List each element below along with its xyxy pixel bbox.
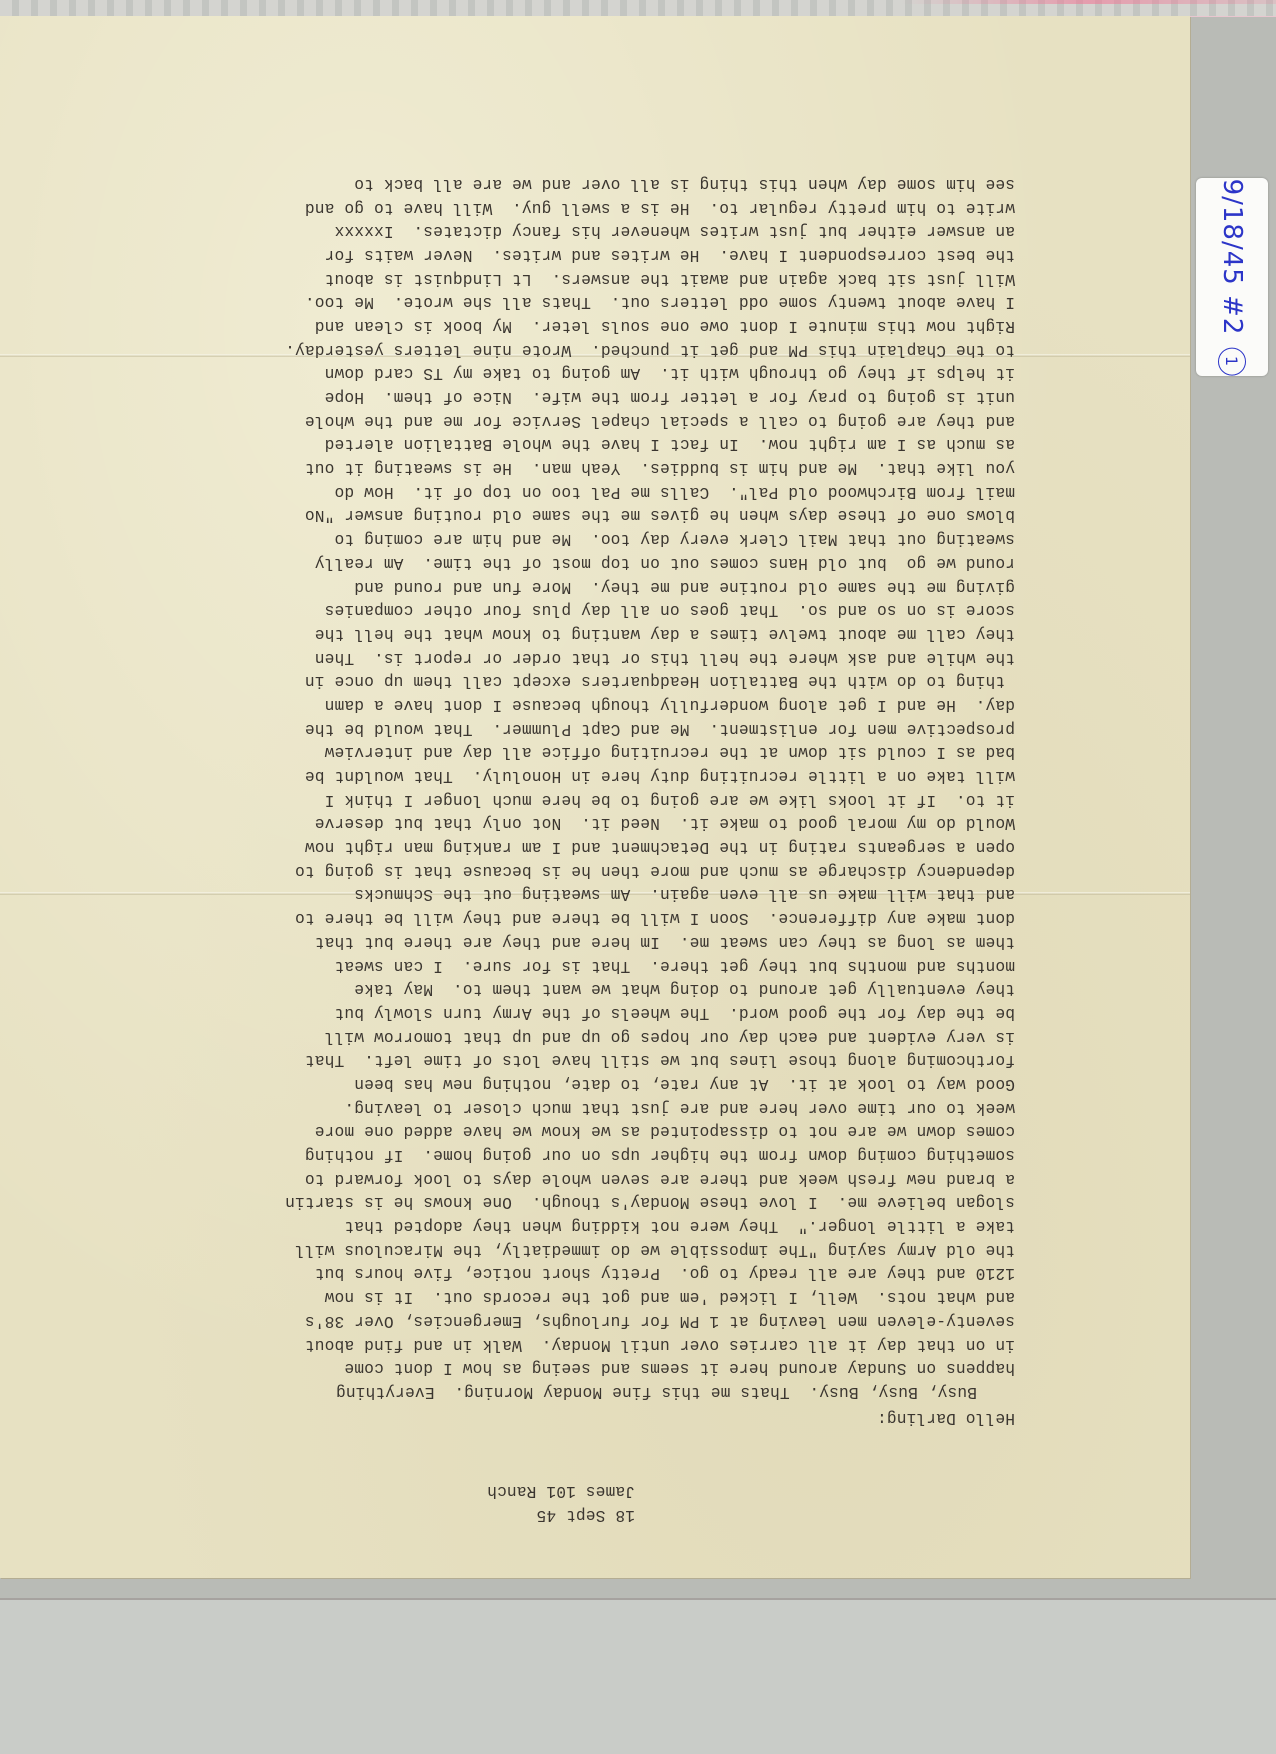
letter-line: 1210 and they are all ready to go. Prett… — [100, 1261, 1015, 1285]
letter-line: blows one of these days when he gives me… — [100, 503, 1015, 527]
letter-line: slogan believe me. I love these Monday's… — [100, 1190, 1015, 1214]
letter-line: giving me the same old routine and me th… — [100, 574, 1015, 598]
letter-line: the best correspondent I have. He writes… — [100, 242, 1015, 266]
letter-line: mail from Birchwood old Pal". Calls me P… — [100, 479, 1015, 503]
page-number-circle: 1 — [1218, 347, 1246, 375]
scanner-backing — [0, 1598, 1276, 1754]
letter-line: Right now this minute I dont owe one sou… — [100, 313, 1015, 337]
letter-line: the old Army saying "The impossible we d… — [100, 1237, 1015, 1261]
letter-line: prospective men for enlistment. Me and C… — [100, 716, 1015, 740]
letter-line: comes down we are not to dissapointed as… — [100, 1119, 1015, 1143]
letter-line: an answer either but just writes wheneve… — [100, 219, 1015, 243]
letter-line: see him some day when this thing is all … — [100, 171, 1015, 195]
letter-line: be the day for the good word. The wheels… — [100, 1000, 1015, 1024]
letter-line: it to. If it looks like we are going to … — [100, 787, 1015, 811]
letter-line: Good way to look at it. At any rate, to … — [100, 1071, 1015, 1095]
letter-line: day. He and I get along wonderfully thou… — [100, 692, 1015, 716]
letter-line: write to him pretty regular to. He is a … — [100, 195, 1015, 219]
archive-date-ref: 9/18/45 #2 — [1217, 179, 1247, 336]
letter-header: 18 Sept 45 James 101 Ranch — [100, 1479, 1015, 1526]
letter-page: 18 Sept 45 James 101 Ranch Hello Darling… — [0, 16, 1190, 1578]
letter-line: score is on so and so. That goes on all … — [100, 598, 1015, 622]
letter-line: happens on Sunday around here it seems a… — [100, 1356, 1015, 1380]
archive-label-text: 9/18/45 #2 1 — [1217, 179, 1247, 376]
letter-lines: Busy, Busy, Busy. Thats me this fine Mon… — [100, 171, 1015, 1403]
letter-line: and that will make us all even again. Am… — [100, 882, 1015, 906]
letter-line: Busy, Busy, Busy. Thats me this fine Mon… — [100, 1379, 1015, 1403]
letter-line: dont make any difference. Soon I will be… — [100, 905, 1015, 929]
letter-line: it helps if they go through with it. Am … — [100, 361, 1015, 385]
letter-line: I have about twenty some odd letters out… — [100, 290, 1015, 314]
letter-line: forthcoming along those lines but we sti… — [100, 1048, 1015, 1072]
sleeve-perforation-strip — [0, 0, 1276, 17]
letter-line: unit is going to pray for a letter from … — [100, 384, 1015, 408]
letter-line: they call me about twelve times a day wa… — [100, 621, 1015, 645]
letter-line: sweating out that Mail Clerk every day t… — [100, 526, 1015, 550]
letter-greeting: Hello Darling: — [100, 1405, 1015, 1429]
letter-line: them as long as they can sweat me. Im he… — [100, 929, 1015, 953]
letter-line: and they are going to call a special cha… — [100, 408, 1015, 432]
letter-line: thing to do with the Battalion Headquart… — [100, 669, 1015, 693]
letter-date: 18 Sept 45 — [100, 1502, 635, 1526]
typed-letter-body: 18 Sept 45 James 101 Ranch Hello Darling… — [100, 106, 1015, 1546]
letter-line: Would do my moral good to make it. Need … — [100, 811, 1015, 835]
letter-line: they eventually get around to doing what… — [100, 977, 1015, 1001]
letter-line: bad as I could sit down at the recruitin… — [100, 740, 1015, 764]
letter-line: something coming down from the higher up… — [100, 1142, 1015, 1166]
letter-line: will take on a little recruiting duty he… — [100, 763, 1015, 787]
letter-line: round we go but old Hans comes out on to… — [100, 550, 1015, 574]
letter-line: the while and ask where the hell this or… — [100, 645, 1015, 669]
letter-line: and what nots. Well, I licked 'em and go… — [100, 1284, 1015, 1308]
letter-line: Will just sit back again and await the a… — [100, 266, 1015, 290]
letter-line: is very evident and each day our hopes g… — [100, 1024, 1015, 1048]
letter-place: James 101 Ranch — [100, 1479, 635, 1503]
archive-label-sticker: 9/18/45 #2 1 — [1196, 178, 1268, 376]
letter-line: week to our time over here and are just … — [100, 1095, 1015, 1119]
letter-line: take a little longer." They were not kid… — [100, 1213, 1015, 1237]
letter-line: as much as I am right now. In fact I hav… — [100, 432, 1015, 456]
letter-line: in on that day it all carries over until… — [100, 1332, 1015, 1356]
letter-line: a brand new fresh week and there are sev… — [100, 1166, 1015, 1190]
letter-line: dependency discharge as much and more th… — [100, 858, 1015, 882]
letter-line: to the Chaplain this PM and get it punch… — [100, 337, 1015, 361]
letter-line: open a sergeants rating in the Detachmen… — [100, 834, 1015, 858]
letter-line: seventy-eleven men leaving at 1 PM for f… — [100, 1308, 1015, 1332]
letter-line: months and months but they get there. Th… — [100, 953, 1015, 977]
letter-line: you like that. Me and him is buddies. Ye… — [100, 455, 1015, 479]
